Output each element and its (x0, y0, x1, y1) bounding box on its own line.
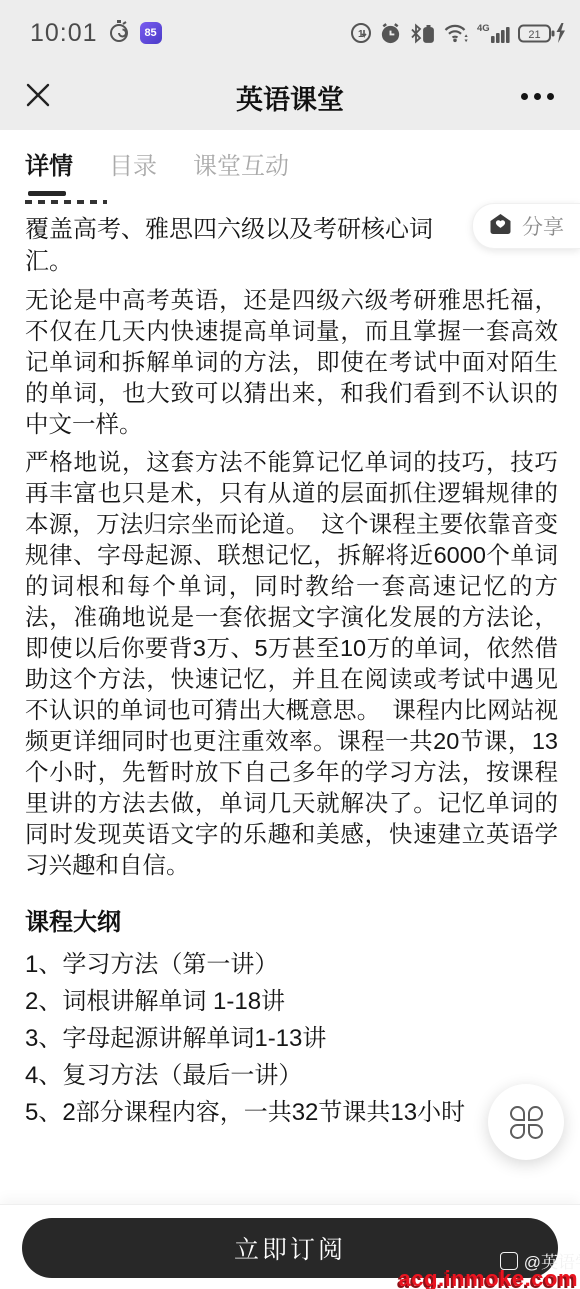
outline-item: 4、复习方法（最后一讲） (25, 1057, 558, 1094)
svg-text:4G: 4G (477, 23, 490, 34)
tab-interaction[interactable]: 课堂互动 (193, 146, 289, 181)
outline-list: 1、学习方法（第一讲） 2、词根讲解单词 1-18讲 3、字母起源讲解单词1-1… (25, 946, 558, 1131)
nav-bar: 英语课堂 (0, 60, 580, 130)
outline-item: 2、词根讲解单词 1-18讲 (25, 983, 558, 1020)
bluetooth-battery-icon (409, 22, 436, 45)
clipped-text-line (25, 200, 107, 204)
app-screen: 10:01 85 1 (0, 0, 580, 1289)
clover-icon (510, 1106, 543, 1139)
outline-item: 5、2部分课程内容，一共32节课共13小时 (25, 1094, 558, 1131)
status-right: 1 (350, 22, 566, 45)
wifi-icon (443, 22, 470, 44)
outline-item: 3、字母起源讲解单词1-13讲 (25, 1020, 558, 1057)
app-notification-badge: 85 (140, 22, 162, 44)
quick-actions-button[interactable] (488, 1084, 564, 1160)
content-area: 详情 目录 课堂互动 覆盖高考、雅思四六级以及考研核心词汇。 无论是中高考英语，… (0, 146, 580, 1131)
battery-charging-icon: 21 (518, 22, 566, 45)
intro-text: 覆盖高考、雅思四六级以及考研核心词汇。 (25, 214, 470, 278)
outline-title: 课程大纲 (25, 908, 558, 938)
description-paragraph: 无论是中高考英语，还是四级六级考研雅思托福，不仅在几天内快速提高单词量，而且掌握… (25, 285, 558, 440)
more-options-icon[interactable] (521, 93, 554, 100)
status-bar: 10:01 85 1 (0, 0, 580, 60)
active-tab-indicator (28, 191, 66, 196)
page-title: 英语课堂 (0, 78, 580, 117)
signal-4g-icon: 4G (477, 22, 511, 45)
share-label: 分享 (522, 211, 564, 241)
data-saver-icon: 1 (350, 22, 372, 44)
watermark-site-text: acg.inmoke.com (399, 1266, 578, 1289)
share-envelope-heart-icon (488, 212, 513, 241)
tab-catalog[interactable]: 目录 (109, 146, 157, 181)
outline-item: 1、学习方法（第一讲） (25, 946, 558, 983)
tab-bar: 详情 目录 课堂互动 (25, 146, 558, 181)
svg-text:21: 21 (528, 28, 540, 40)
alarm-icon (379, 22, 402, 45)
stopwatch-icon (108, 19, 130, 48)
clock-time: 10:01 (30, 19, 98, 48)
status-left: 10:01 85 (30, 19, 162, 48)
tab-details[interactable]: 详情 (25, 146, 73, 181)
share-button[interactable]: 分享 (472, 203, 580, 249)
description-paragraph: 严格地说，这套方法不能算记忆单词的技巧，技巧再丰富也只是术，只有从道的层面抓住逻… (25, 447, 558, 881)
